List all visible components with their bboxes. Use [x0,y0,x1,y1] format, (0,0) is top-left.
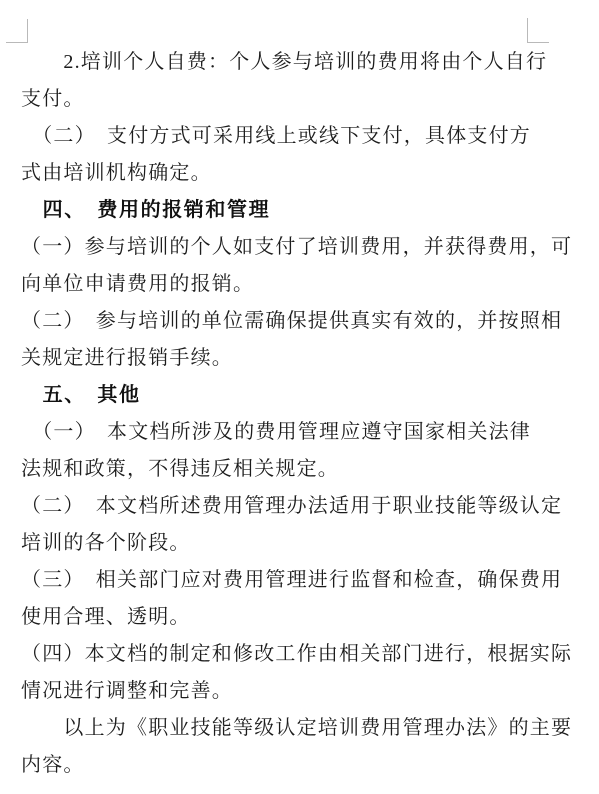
section-heading-5: 五、 其他 [21,377,581,414]
document-line: （二） 本文档所述费用管理办法适用于职业技能等级认定 [21,488,581,525]
page-margin-mark-top-left [6,19,28,43]
document-line: 支付。 [21,81,581,118]
document-page: 2.培训个人自费：个人参与培训的费用将由个人自行 支付。 （二） 支付方式可采用… [0,0,599,794]
document-line: （四）本文档的制定和修改工作由相关部门进行，根据实际 [21,636,581,673]
document-line: 情况进行调整和完善。 [21,673,581,710]
document-line: （二） 参与培训的单位需确保提供真实有效的，并按照相 [21,303,581,340]
document-line: 法规和政策，不得违反相关规定。 [21,451,581,488]
page-margin-mark-top-right [527,18,549,43]
document-line: 向单位申请费用的报销。 [21,266,581,303]
document-line: 内容。 [21,747,581,784]
document-line: （三） 相关部门应对费用管理进行监督和检查，确保费用 [21,562,581,599]
document-line: （一）参与培训的个人如支付了培训费用，并获得费用，可 [21,229,581,266]
document-body: 2.培训个人自费：个人参与培训的费用将由个人自行 支付。 （二） 支付方式可采用… [21,44,581,784]
document-line: （一） 本文档所涉及的费用管理应遵守国家相关法律 [21,414,581,451]
document-line: 培训的各个阶段。 [21,525,581,562]
document-line: 以上为《职业技能等级认定培训费用管理办法》的主要 [21,710,581,747]
document-line: （二） 支付方式可采用线上或线下支付，具体支付方 [21,118,581,155]
section-heading-4: 四、 费用的报销和管理 [21,192,581,229]
document-line: 2.培训个人自费：个人参与培训的费用将由个人自行 [21,44,581,81]
document-line: 关规定进行报销手续。 [21,340,581,377]
document-line: 式由培训机构确定。 [21,155,581,192]
document-line: 使用合理、透明。 [21,599,581,636]
